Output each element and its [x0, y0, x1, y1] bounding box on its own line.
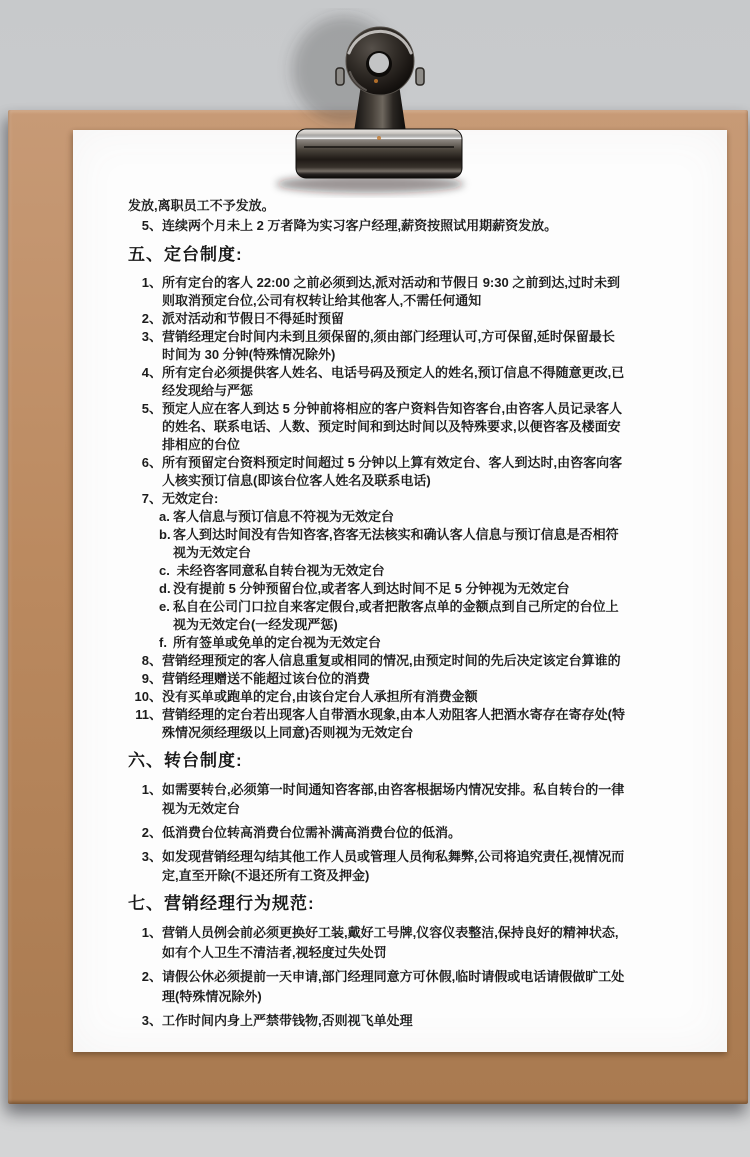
list-item: 11、营销经理的定台若出现客人自带酒水现象,由本人劝阻客人把酒水寄存在寄存处(特…: [128, 706, 626, 742]
section-spaced: 六、转台制度:1、如需要转台,必须第一时间通知咨客部,由咨客根据场内情况安排。私…: [128, 750, 626, 885]
list-item-text: 营销经理预定的客人信息重复或相同的情况,由预定时间的先后决定该定台算谁的: [162, 652, 626, 670]
list-item-text: 客人信息与预订信息不符视为无效定台: [173, 508, 626, 526]
list-item-marker: 3、: [128, 1011, 162, 1031]
list-item-text: 所有预留定台资料预定时间超过 5 分钟以上算有效定台、客人到达时,由咨客向客人核…: [162, 454, 626, 490]
list-item-text: 没有买单或跑单的定台,由该台定台人承担所有消费金额: [162, 688, 626, 706]
list-item-marker: 4、: [128, 364, 162, 382]
list-item: 1、所有定台的客人 22:00 之前必须到达,派对活动和节假日 9:30 之前到…: [128, 274, 626, 310]
list-item: 2、请假公休必须提前一天申请,部门经理同意方可休假,临时请假或电话请假做旷工处理…: [128, 967, 626, 1007]
list-item-text: 工作时间内身上严禁带钱物,否则视飞单处理: [162, 1011, 626, 1031]
list-item-text: 所有签单或免单的定台视为无效定台: [173, 634, 626, 652]
list-item: 10、没有买单或跑单的定台,由该台定台人承担所有消费金额: [128, 688, 626, 706]
sub-list-item: d.没有提前 5 分钟预留台位,或者客人到达时间不足 5 分钟视为无效定台: [159, 580, 626, 598]
list-item-text: 低消费台位转高消费台位需补满高消费台位的低消。: [162, 823, 626, 842]
list-item-marker: 3、: [128, 328, 162, 346]
list-item: 4、所有定台必须提供客人姓名、电话号码及预定人的姓名,预订信息不得随意更改,已经…: [128, 364, 626, 400]
list-item-marker: 1、: [128, 923, 162, 943]
list-item-text: 营销经理定台时间内未到且须保留的,须由部门经理认可,方可保留,延时保留最长时间为…: [162, 328, 626, 364]
list-item-text: 营销经理的定台若出现客人自带酒水现象,由本人劝阻客人把酒水寄存在寄存处(特殊情况…: [162, 706, 626, 742]
clip-glint: [374, 79, 378, 83]
list-item-text: 请假公休必须提前一天申请,部门经理同意方可休假,临时请假或电话请假做旷工处理(特…: [162, 967, 626, 1007]
list-item-marker: b.: [159, 526, 173, 544]
list-item-marker: c.: [159, 562, 173, 580]
list-item-marker: 7、: [128, 490, 162, 508]
list-item-text: 客人到达时间没有告知咨客,咨客无法核实和确认客人信息与预订信息是否相符视为无效定…: [173, 526, 626, 562]
section-heading: 五、定台制度:: [128, 244, 626, 266]
list-item-text: 预定人应在客人到达 5 分钟前将相应的客户资料告知咨客台,由咨客人员记录客人的姓…: [162, 400, 626, 454]
document-content: 发放,离职员工不予发放。5、连续两个月未上 2 万者降为实习客户经理,薪资按照试…: [128, 196, 626, 1035]
clip-hole: [369, 53, 389, 73]
list-item-text: 如需要转台,必须第一时间通知咨客部,由咨客根据场内情况安排。私自转台的一律视为无…: [162, 780, 626, 818]
list-item-marker: f.: [159, 634, 173, 652]
section-seven: 七、营销经理行为规范:1、营销人员例会前必须更换好工装,戴好工号牌,仪容仪表整洁…: [128, 893, 626, 1031]
sub-list-item: f.所有签单或免单的定台视为无效定台: [159, 634, 626, 652]
list-item-marker: 1、: [128, 274, 162, 292]
list-item-text: 未经咨客同意私自转台视为无效定台: [173, 562, 626, 580]
list-item: 8、营销经理预定的客人信息重复或相同的情况,由预定时间的先后决定该定台算谁的: [128, 652, 626, 670]
photo-scene: 发放,离职员工不予发放。5、连续两个月未上 2 万者降为实习客户经理,薪资按照试…: [0, 0, 750, 1157]
list-item-marker: 3、: [128, 847, 162, 866]
intro-list-item: 5、连续两个月未上 2 万者降为实习客户经理,薪资按照试用期薪资发放。: [128, 216, 626, 236]
list-item: 6、所有预留定台资料预定时间超过 5 分钟以上算有效定台、客人到达时,由咨客向客…: [128, 454, 626, 490]
list-item-marker: 9、: [128, 670, 162, 688]
list-item-text: 连续两个月未上 2 万者降为实习客户经理,薪资按照试用期薪资发放。: [162, 216, 626, 236]
list-item-marker: 6、: [128, 454, 162, 472]
sub-list-item: c. 未经咨客同意私自转台视为无效定台: [159, 562, 626, 580]
list-item-marker: 5、: [128, 400, 162, 418]
list-item-marker: 5、: [128, 216, 162, 236]
list-item-text: 没有提前 5 分钟预留台位,或者客人到达时间不足 5 分钟视为无效定台: [173, 580, 626, 598]
intro-continuation-line: 发放,离职员工不予发放。: [128, 196, 626, 216]
list-item: 2、派对活动和节假日不得延时预留: [128, 310, 626, 328]
clip-bar-topline: [304, 146, 454, 148]
list-item-text: 派对活动和节假日不得延时预留: [162, 310, 626, 328]
clip-right-tab: [416, 68, 424, 85]
list-item-text: 无效定台:: [162, 490, 626, 508]
list-item-marker: 11、: [128, 706, 162, 724]
list-item-marker: e.: [159, 598, 173, 616]
list-item: 2、低消费台位转高消费台位需补满高消费台位的低消。: [128, 823, 626, 842]
list-item: 3、如发现营销经理勾结其他工作人员或管理人员徇私舞弊,公司将追究责任,视情况而定…: [128, 847, 626, 885]
list-item-text: 所有定台的客人 22:00 之前必须到达,派对活动和节假日 9:30 之前到达,…: [162, 274, 626, 310]
list-item: 5、预定人应在客人到达 5 分钟前将相应的客户资料告知咨客台,由咨客人员记录客人…: [128, 400, 626, 454]
list-item-marker: 1、: [128, 780, 162, 799]
list-item-marker: 2、: [128, 967, 162, 987]
list-item: 9、营销经理赠送不能超过该台位的消费: [128, 670, 626, 688]
list-item-marker: 2、: [128, 823, 162, 842]
sub-list-item: e.私自在公司门口拉自来客定假台,或者把散客点单的金额点到自己所定的台位上视为无…: [159, 598, 626, 634]
list-item-text: 营销经理赠送不能超过该台位的消费: [162, 670, 626, 688]
clip-left-tab: [336, 68, 344, 85]
sub-list-item: a.客人信息与预订信息不符视为无效定台: [159, 508, 626, 526]
list-item-marker: d.: [159, 580, 173, 598]
sub-list-item: b.客人到达时间没有告知咨客,咨客无法核实和确认客人信息与预订信息是否相符视为无…: [159, 526, 626, 562]
list-item: 7、无效定台:: [128, 490, 626, 508]
list-item-marker: a.: [159, 508, 173, 526]
section-heading: 七、营销经理行为规范:: [128, 893, 626, 915]
list-item: 1、营销人员例会前必须更换好工装,戴好工号牌,仪容仪表整洁,保持良好的精神状态,…: [128, 923, 626, 963]
list-item-text: 如发现营销经理勾结其他工作人员或管理人员徇私舞弊,公司将追究责任,视情况而定,直…: [162, 847, 626, 885]
binder-clip-icon: [270, 8, 490, 198]
list-item: 1、如需要转台,必须第一时间通知咨客部,由咨客根据场内情况安排。私自转台的一律视…: [128, 780, 626, 818]
list-item: 3、营销经理定台时间内未到且须保留的,须由部门经理认可,方可保留,延时保留最长时…: [128, 328, 626, 364]
section-heading: 六、转台制度:: [128, 750, 626, 772]
list-item-marker: 2、: [128, 310, 162, 328]
list-item-marker: 8、: [128, 652, 162, 670]
list-item-text: 营销人员例会前必须更换好工装,戴好工号牌,仪容仪表整洁,保持良好的精神状态,如有…: [162, 923, 626, 963]
list-item-marker: 10、: [128, 688, 162, 706]
list-item-text: 私自在公司门口拉自来客定假台,或者把散客点单的金额点到自己所定的台位上视为无效定…: [173, 598, 626, 634]
list-item: 3、工作时间内身上严禁带钱物,否则视飞单处理: [128, 1011, 626, 1031]
clip-bar-glint: [377, 136, 381, 140]
section-five: 五、定台制度:1、所有定台的客人 22:00 之前必须到达,派对活动和节假日 9…: [128, 244, 626, 742]
list-item-text: 所有定台必须提供客人姓名、电话号码及预定人的姓名,预订信息不得随意更改,已经发现…: [162, 364, 626, 400]
